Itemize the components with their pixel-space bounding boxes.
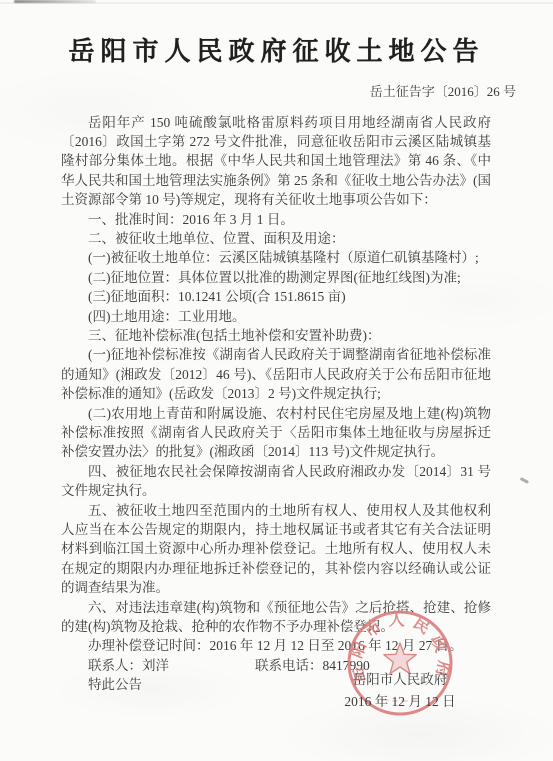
item-land-use: (四)土地用途：工业用地。: [61, 307, 491, 326]
item-compensation-standard-2: (二)农用地上青苗和附属设施、农村村民住宅房屋及地上建(构)筑物补偿标准按照《湖…: [61, 404, 491, 462]
signature-date: 2016 年 12 月 12 日: [330, 692, 470, 711]
item-land-area: (三)征地面积：10.1241 公顷(合 151.8615 亩): [61, 287, 491, 306]
item-registration-requirement: 五、被征收土地四至范围内的土地所有权人、使用权人及其他权利人应当在本公告规定的期…: [61, 501, 491, 598]
signature-block: 岳阳市人民政府 2016 年 12 月 12 日: [330, 670, 470, 712]
scan-artifact-stray-mark: [520, 477, 529, 483]
paragraph-intro: 岳阳年产 150 吨硫酸氯吡格雷原料药项目用地经湖南省人民政府〔2016〕政国土…: [61, 113, 491, 210]
document-title: 岳阳市人民政府征收土地公告: [20, 36, 533, 69]
item-compensation-standard-1: (一)征地补偿标准按《湖南省人民政府关于调整湖南省征地补偿标准的通知》(湘政发〔…: [61, 345, 491, 403]
contact-person-name: 刘洋: [142, 658, 169, 673]
item-land-unit: (一)被征收土地单位：云溪区陆城镇基隆村（原道仁矶镇基隆村）;: [61, 248, 491, 267]
contact-person-label: 联系人：: [88, 658, 142, 673]
item-land-unit-section: 二、被征收土地单位、位置、面积及用途：: [61, 229, 491, 248]
scan-artifact-top-streak: [14, 0, 96, 3]
item-compensation-section: 三、征地补偿标准(包括土地补偿和安置补助费)：: [61, 326, 491, 345]
signature-government: 岳阳市人民政府: [330, 670, 470, 689]
contact-phone-label: 联系电话：: [255, 658, 323, 673]
announcement-document: 岳阳市人民政府征收土地公告 岳土征告字〔2016〕26 号 岳阳年产 150 吨…: [0, 0, 553, 761]
item-land-location: (二)征地位置：具体位置以批准的勘测定界图(征地红线图)为准;: [61, 268, 491, 287]
item-social-security: 四、被征地农民社会保障按湖南省人民政府湘政办发〔2014〕31 号文件规定执行。: [61, 462, 491, 501]
item-approval-time: 一、批准时间：2016 年 3 月 1 日。: [61, 210, 491, 229]
document-number: 岳土征告字〔2016〕26 号: [0, 81, 553, 100]
